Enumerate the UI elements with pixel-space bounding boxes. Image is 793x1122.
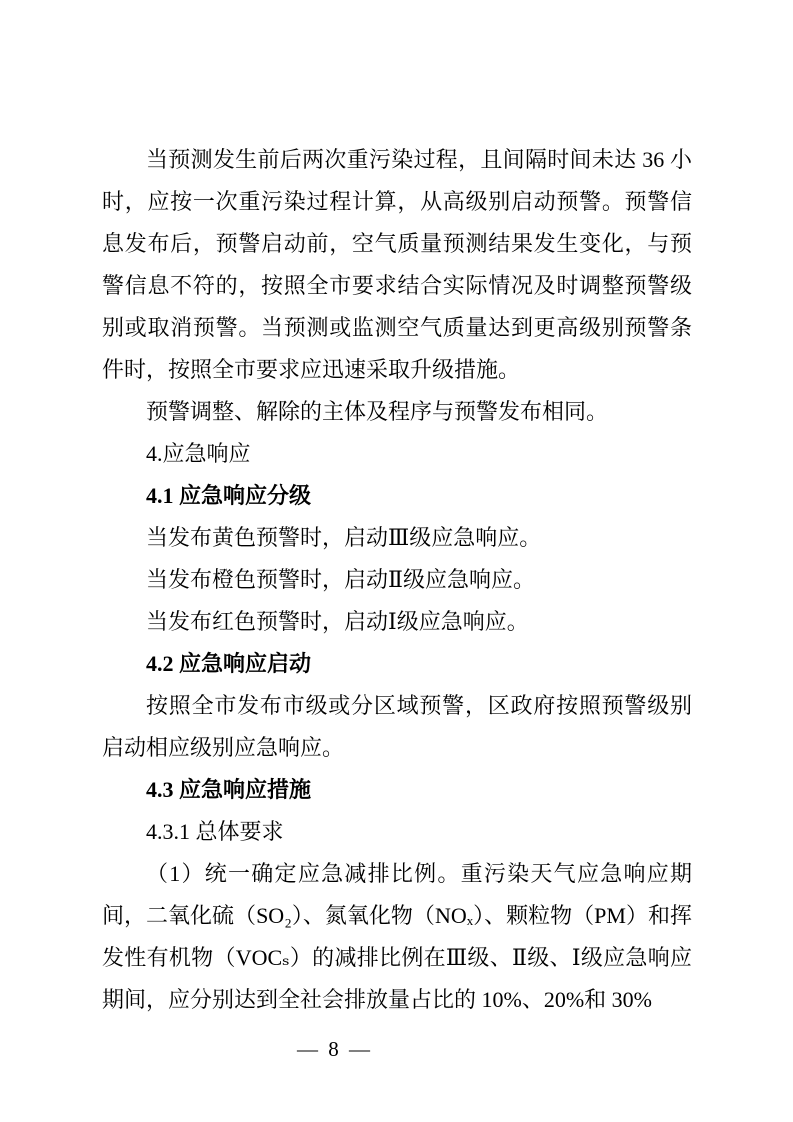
heading-4-3-1-overall-requirements: 4.3.1 总体要求	[102, 811, 692, 853]
paragraph-warning-adjustment: 预警调整、解除的主体及程序与预警发布相同。	[102, 391, 692, 433]
document-body: 当预测发生前后两次重污染过程，且间隔时间未达 36 小时，应按一次重污染过程计算…	[102, 139, 692, 1021]
paragraph-orange-warning-level2: 当发布橙色预警时，启动Ⅱ级应急响应。	[102, 559, 692, 601]
paragraph-red-warning-level1: 当发布红色预警时，启动Ⅰ级应急响应。	[102, 601, 692, 643]
heading-4-3-response-measures: 4.3 应急响应措施	[102, 769, 692, 811]
paragraph-response-start-detail: 按照全市发布市级或分区域预警，区政府按照预警级别启动相应级别应急响应。	[102, 685, 692, 769]
section-title-4-emergency-response: 4.应急响应	[102, 433, 692, 475]
page-number: — 8 —	[297, 1035, 370, 1063]
document-page: 当预测发生前后两次重污染过程，且间隔时间未达 36 小时，应按一次重污染过程计算…	[0, 0, 793, 1122]
heading-4-1-response-grading: 4.1 应急响应分级	[102, 475, 692, 517]
paragraph-yellow-warning-level3: 当发布黄色预警时，启动Ⅲ级应急响应。	[102, 517, 692, 559]
paragraph-emission-reduction-ratios: （1）统一确定应急减排比例。重污染天气应急响应期间，二氧化硫（SO₂）、氮氧化物…	[102, 853, 692, 1021]
heading-4-2-response-start: 4.2 应急响应启动	[102, 643, 692, 685]
paragraph-warning-merge-rule: 当预测发生前后两次重污染过程，且间隔时间未达 36 小时，应按一次重污染过程计算…	[102, 139, 692, 391]
